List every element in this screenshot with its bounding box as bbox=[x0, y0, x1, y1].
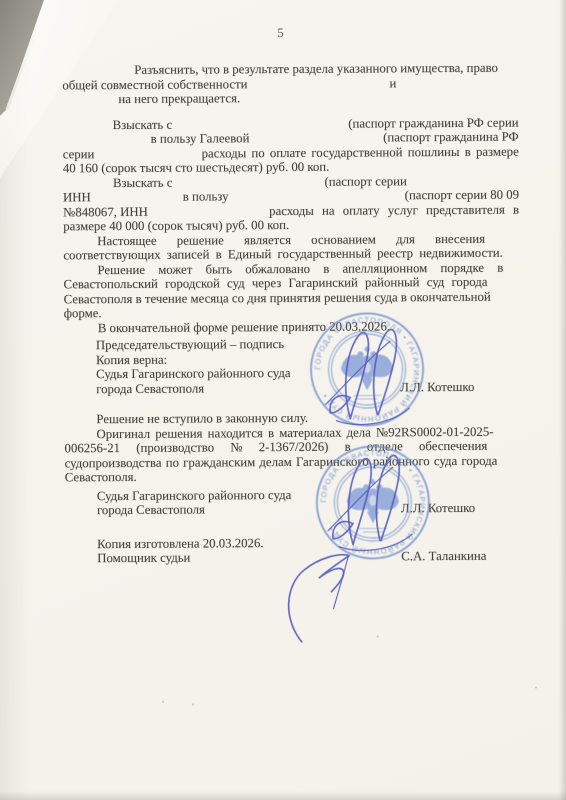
text-segment: Помощник судьи bbox=[97, 551, 190, 566]
text-segment: ИНН bbox=[63, 190, 91, 205]
text-segment: города Севастополя bbox=[97, 502, 205, 517]
text-line: на него прекращается. bbox=[62, 90, 518, 107]
text-segment: (паспорт гражданина РФ bbox=[383, 130, 519, 145]
text-segment: Судья Гагаринского районного суда bbox=[97, 487, 292, 502]
judge-name: Л.Л. Котешко bbox=[400, 379, 474, 394]
text-segment: в пользу bbox=[183, 189, 229, 204]
assistant-signature bbox=[288, 555, 349, 642]
text-segment: расходы на оплату услуг представителя в bbox=[269, 202, 519, 218]
text-segment: и bbox=[389, 76, 396, 91]
text-segment: размере 40 000 (сорок тысяч) руб. 00 коп… bbox=[63, 218, 289, 233]
assistant-name: С.А. Таланкина bbox=[401, 549, 486, 564]
text-line: города СевастополяЛ.Л. Котешко bbox=[65, 501, 521, 518]
text-segment: (паспорт гражданина РФ серии bbox=[348, 115, 518, 131]
text-segment: форме. bbox=[64, 306, 102, 320]
scan-tilt-wrapper: 5 Разъяснить, что в результате раздела у… bbox=[0, 0, 566, 800]
text-segment: на него прекращается. bbox=[118, 91, 240, 106]
text-segment: города Севастополя bbox=[96, 381, 204, 396]
text-segment: (паспорт серии bbox=[324, 174, 406, 189]
text-segment: Решение не вступило в законную силу. bbox=[96, 411, 308, 426]
text-segment: Судья Гагаринского районного суда bbox=[96, 366, 291, 381]
text-segment: Взыскать с bbox=[113, 117, 173, 132]
text-line: Помощник судьиС.А. Таланкина bbox=[65, 549, 521, 566]
text-line: города СевастополяЛ.Л. Котешко bbox=[64, 379, 520, 396]
text-segment: Председательствующий – подпись bbox=[96, 337, 284, 352]
paper-speck bbox=[192, 704, 194, 706]
text-segment: Копия верна: bbox=[96, 352, 167, 366]
document-body: Разъяснить, что в результате раздела ука… bbox=[62, 55, 521, 566]
text-segment: №848067, ИНН bbox=[63, 204, 148, 219]
text-line: Севастополя. bbox=[65, 468, 521, 485]
text-segment: 40 160 (сорок тысяч сто шестьдесят) руб.… bbox=[63, 160, 330, 176]
text-segment: в пользу Галеевой bbox=[151, 131, 250, 146]
text-segment: общей совместной собственности bbox=[62, 77, 247, 93]
paper-speck bbox=[535, 686, 537, 688]
text-segment: Взыскать с bbox=[113, 175, 173, 190]
paper-speck bbox=[162, 701, 164, 703]
text-line: В окончательной форме решение принято 20… bbox=[64, 318, 520, 335]
text-segment: В окончательной форме решение принято 20… bbox=[98, 319, 390, 335]
text-segment: серии bbox=[63, 147, 95, 162]
text-segment: Копия изготовлена 20.03.2026. bbox=[97, 536, 264, 551]
scanned-court-decision-page: 5 Разъяснить, что в результате раздела у… bbox=[0, 0, 566, 800]
judge-name: Л.Л. Котешко bbox=[401, 501, 475, 516]
text-segment: Разъяснить, что в результате раздела ука… bbox=[134, 61, 498, 77]
text-segment: Севастополя. bbox=[65, 470, 137, 484]
text-segment: (паспорт серии 80 09 bbox=[405, 188, 519, 203]
paper-speck bbox=[377, 635, 379, 637]
